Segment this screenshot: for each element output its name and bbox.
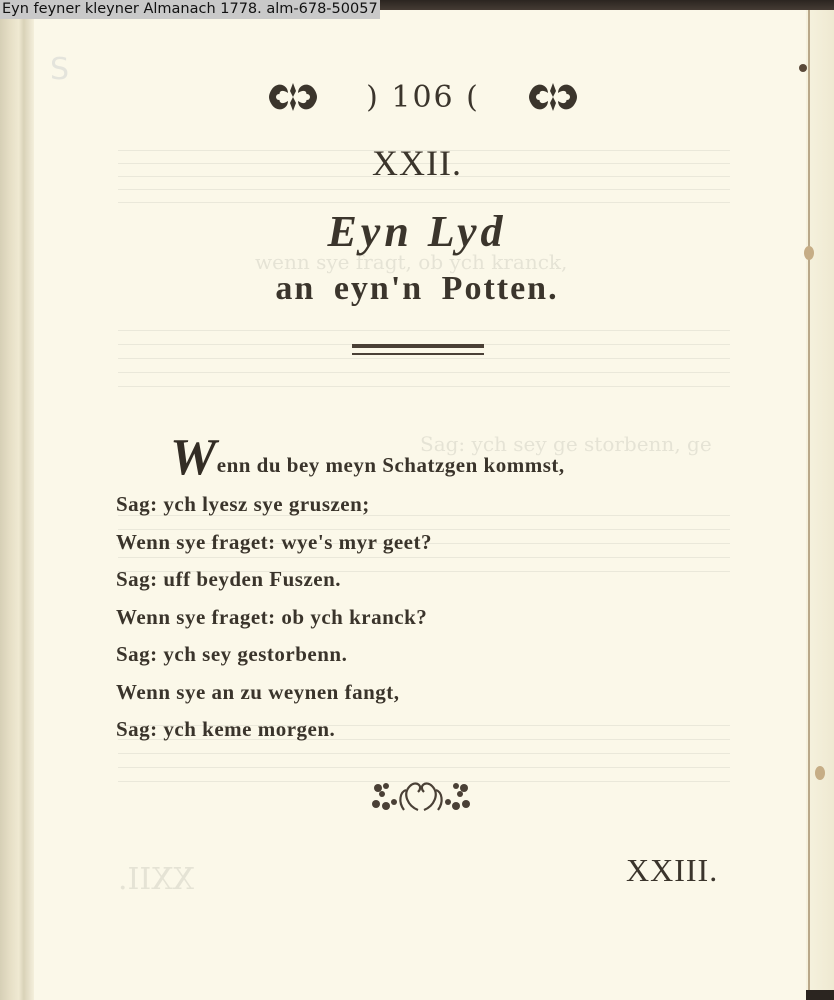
binding-thread-knot: [815, 766, 825, 780]
poem-line: Sag: uff beyden Fuszen.: [116, 561, 736, 599]
fleuron-icon: [268, 78, 318, 116]
decorative-rule-thin: [352, 353, 484, 355]
poem-line: Wenn sye an zu weynen fangt,: [116, 674, 736, 712]
binding-thread-knot: [799, 64, 807, 72]
poem-line: Wenn sye fraget: ob ych kranck?: [116, 599, 736, 637]
poem-line: Wenn sye fraget: wye's myr geet?: [116, 524, 736, 562]
fleuron-icon: [528, 78, 578, 116]
poem-line: Sag: ych sey gestorbenn.: [116, 636, 736, 674]
poem-line: Wenn du bey meyn Schatzgen kommst,: [116, 430, 736, 486]
poem-line: Sag: ych lyesz sye gruszen;: [116, 486, 736, 524]
poem-body: Wenn du bey meyn Schatzgen kommst, Sag: …: [116, 430, 736, 749]
decorative-rule: [352, 344, 484, 348]
floral-tailpiece-icon: [368, 776, 474, 816]
poem-number: XXII.: [0, 142, 834, 184]
poem-title: Eyn Lyd: [0, 206, 834, 257]
watermark-letter: S: [50, 52, 69, 87]
running-header: ) 106 (: [268, 72, 578, 122]
scanner-bottom-edge: [806, 990, 834, 1000]
catchword: XXIII.: [626, 852, 718, 889]
poem-subtitle: an eyn'n Potten.: [0, 270, 834, 308]
drop-cap: W: [170, 429, 217, 486]
page-number: ) 106 (: [366, 80, 480, 115]
window-title: Eyn feyner kleyner Almanach 1778. alm-67…: [0, 0, 380, 19]
poem-line: Sag: ych keme morgen.: [116, 711, 736, 749]
